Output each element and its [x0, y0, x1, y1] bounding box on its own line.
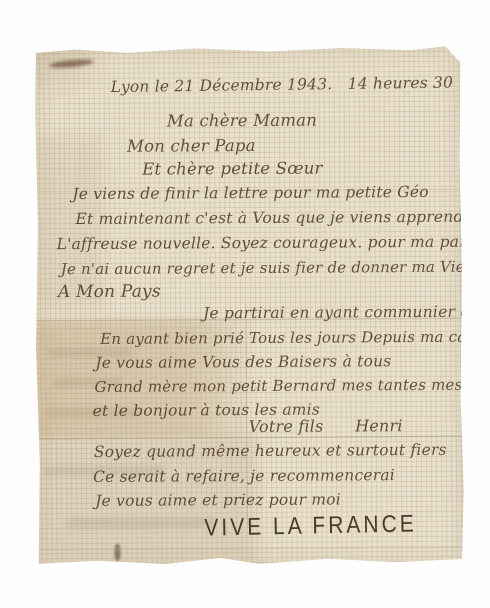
bleedthrough-ghost-text — [66, 517, 216, 529]
handwritten-line: Grand mère mon petit Bernard mes tantes … — [94, 375, 490, 396]
letter-paper: Lyon le 21 Décembre 1943. 14 heures 30 M… — [33, 46, 464, 567]
signature-line: Votre fils Henri — [249, 416, 403, 436]
salutation-soeur: Et chère petite Sœur — [142, 159, 323, 179]
handwritten-line: Je partirai en ayant communier et — [203, 303, 476, 323]
salutation-papa: Mon cher Papa — [127, 136, 256, 156]
handwritten-line: L'affreuse nouvelle. Soyez courageux. po… — [57, 233, 474, 254]
salutation-maman: Ma chère Maman — [167, 111, 317, 131]
handwritten-line: Je n'ai aucun regret et je suis fier de … — [61, 258, 465, 278]
ink-smudge-top — [49, 58, 93, 69]
fold-crease-horizontal-4 — [36, 546, 464, 552]
stain-top-left-corner — [25, 40, 115, 103]
handwritten-line: Soyez quand même heureux et surtout fier… — [94, 441, 447, 461]
handwritten-line: En ayant bien prié Tous les jours Depuis… — [100, 327, 490, 348]
handwritten-line: Et maintenant c'est à Vous que je viens … — [75, 208, 480, 228]
ink-spot-bottom — [114, 544, 120, 561]
handwritten-line: Ce serait à refaire, je recommencerai — [93, 466, 395, 486]
dateline: Lyon le 21 Décembre 1943. 14 heures 30 — [111, 74, 454, 96]
letter-photo: Lyon le 21 Décembre 1943. 14 heures 30 M… — [0, 0, 490, 608]
handwritten-line: Je viens de finir la lettre pour ma peti… — [72, 183, 429, 203]
slogan-vive-la-france: VIVE LA FRANCE — [204, 511, 417, 543]
handwritten-line: A Mon Pays — [58, 282, 161, 303]
handwritten-line: Je vous aime Vous des Baisers à tous — [95, 352, 391, 372]
handwritten-line: Je vous aime et priez pour moi — [95, 490, 341, 510]
